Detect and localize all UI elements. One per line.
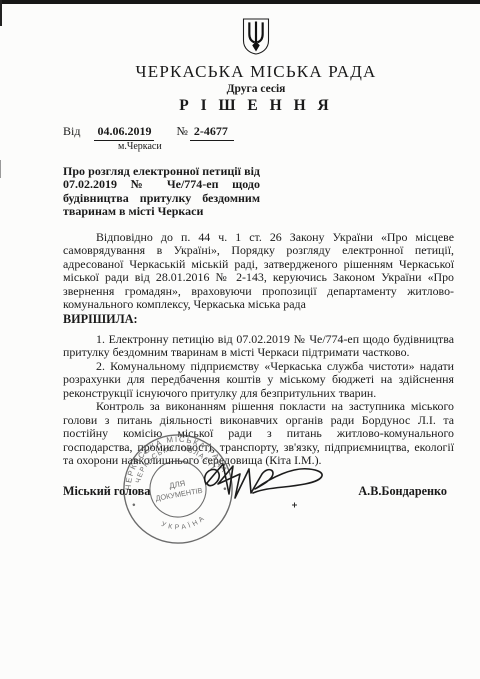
decision-item-1: 1. Електронну петицію від 07.02.2019 № Ч… xyxy=(63,333,454,360)
signer-position: Міський голова xyxy=(63,484,150,499)
number-label: № xyxy=(176,124,187,139)
city-label: м.Черкаси xyxy=(118,141,480,152)
handwritten-signature xyxy=(196,452,346,514)
session-label: Друга сесія xyxy=(16,83,480,95)
resolved-label: ВИРІШИЛА: xyxy=(63,312,480,326)
date-value: 04.06.2019 xyxy=(94,124,154,141)
scan-edge-left xyxy=(0,0,2,26)
organization-name: ЧЕРКАСЬКА МІСЬКА РАДА xyxy=(16,62,480,82)
preamble-section: Відповідно до п. 44 ч. 1 ст. 26 Закону У… xyxy=(63,231,454,312)
date-number-row: Від04.06.2019№2-4677 xyxy=(63,124,480,141)
document-header: ЧЕРКАСЬКА МІСЬКА РАДА Друга сесія Р І Ш … xyxy=(16,0,480,115)
ukraine-trident-icon xyxy=(241,13,271,60)
date-label: Від xyxy=(63,124,80,139)
number-value: 2-4677 xyxy=(190,124,234,141)
preamble-paragraph: Відповідно до п. 44 ч. 1 ст. 26 Закону У… xyxy=(63,231,454,312)
signer-name: А.В.Бондаренко xyxy=(358,484,447,499)
scan-artifact xyxy=(0,160,1,178)
decision-items: 1. Електронну петицію від 07.02.2019 № Ч… xyxy=(63,333,454,401)
document-type-title: Р І Ш Е Н Н Я xyxy=(16,97,480,115)
subject-paragraph: Про розгляд електронної петиції від 07.0… xyxy=(63,165,260,219)
decision-document-page: ЧЕРКАСЬКА МІСЬКА РАДА Друга сесія Р І Ш … xyxy=(0,0,480,679)
decision-item-2: 2. Комунальному підприємству «Черкаська … xyxy=(63,360,454,401)
signature-row: Міський голова А.В.Бондаренко xyxy=(63,484,447,499)
